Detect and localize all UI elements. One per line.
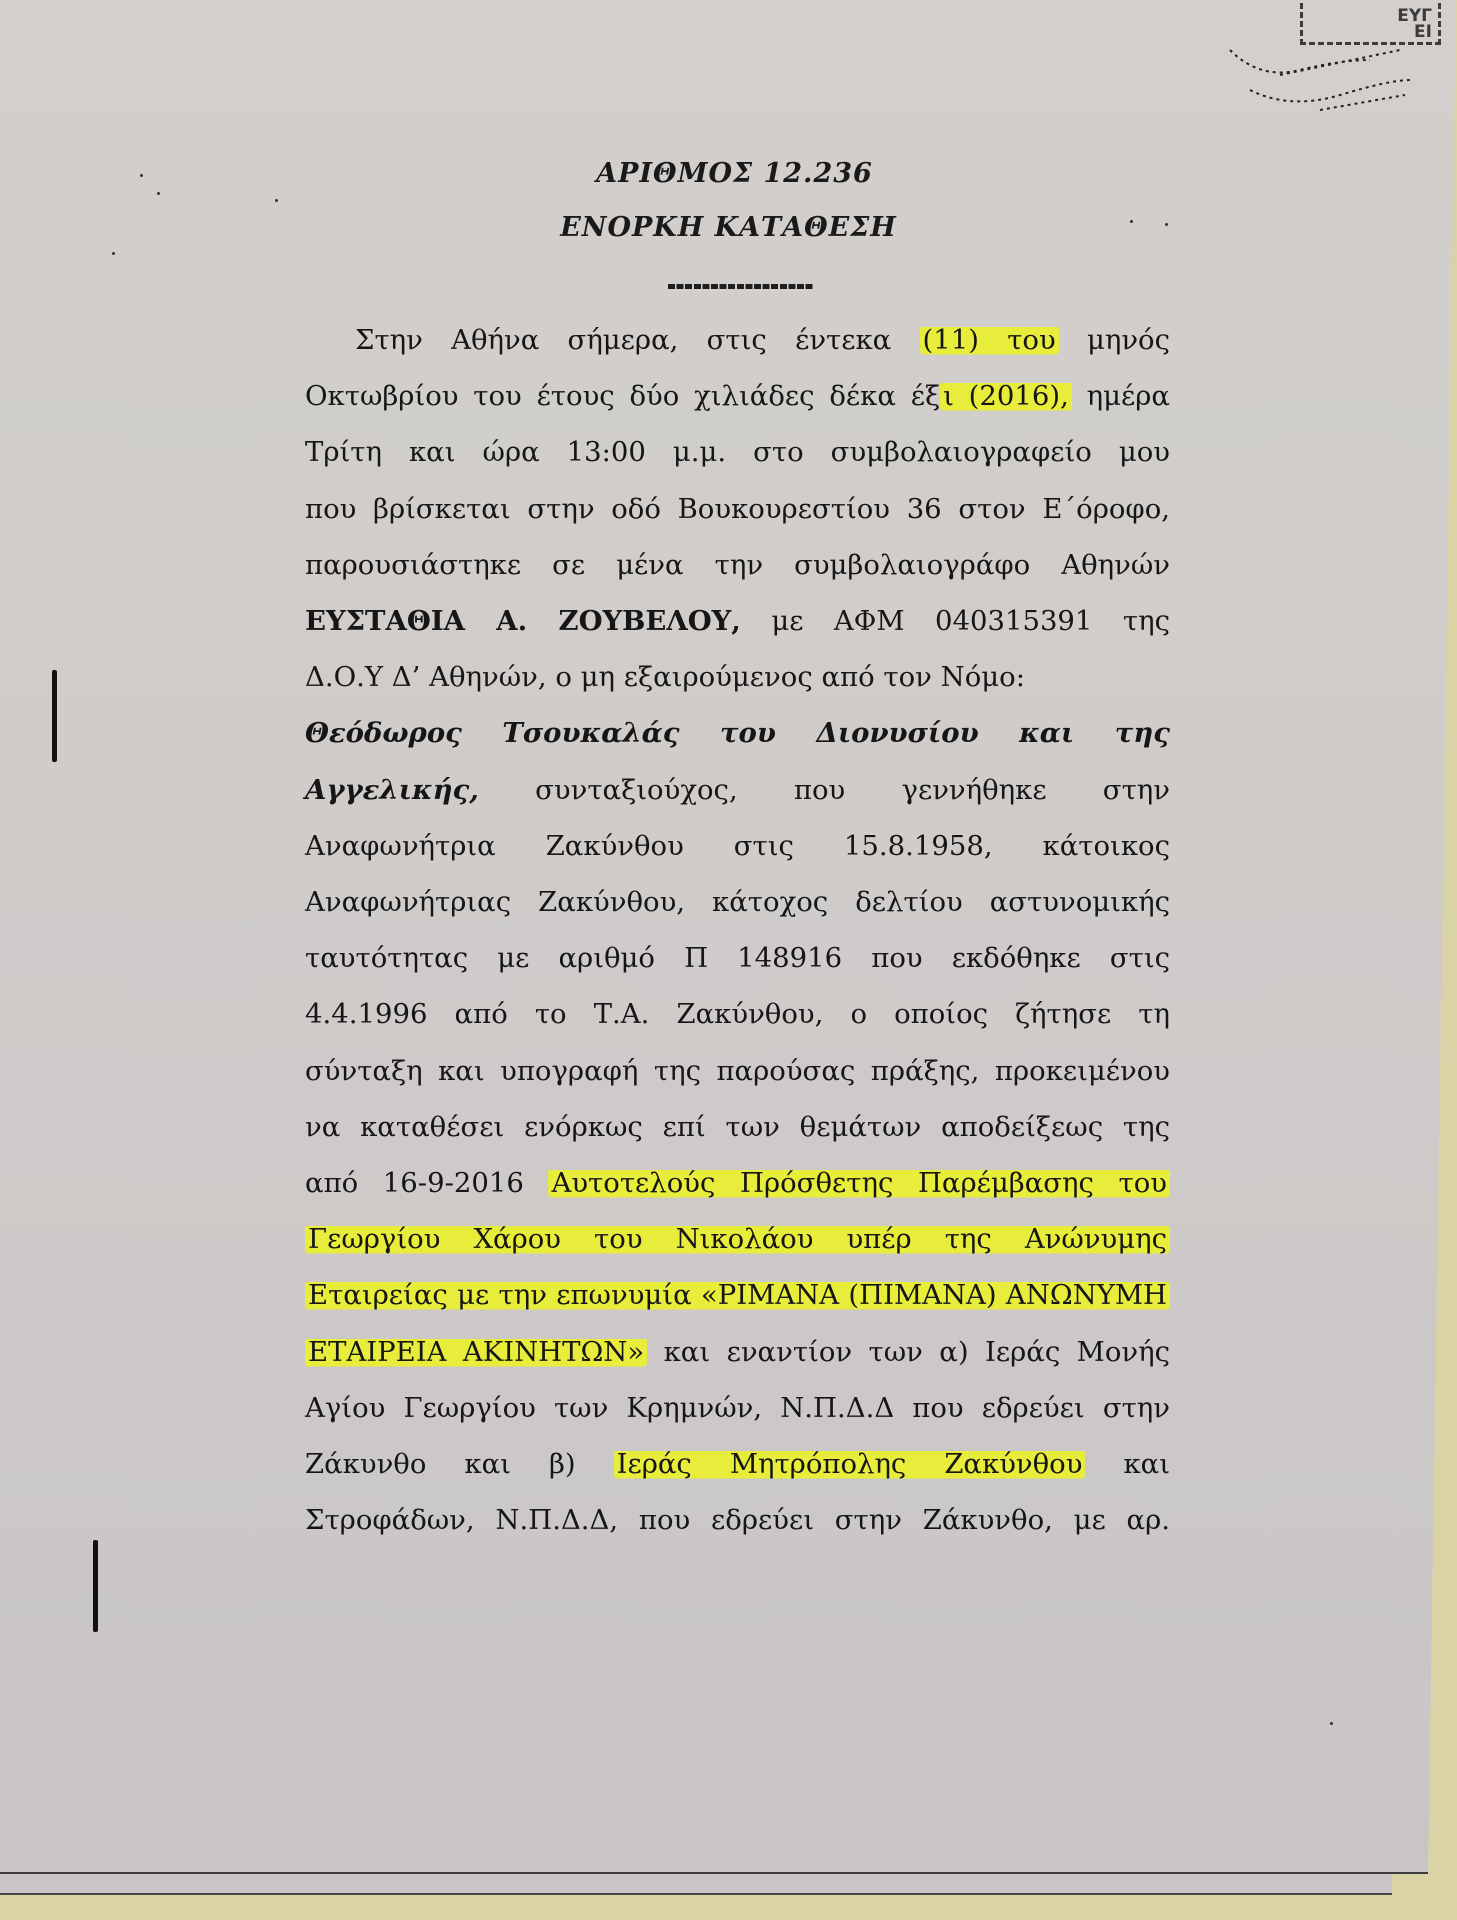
- speck: [1330, 1722, 1333, 1725]
- line-text: Στροφάδων, Ν.Π.Δ.Δ, που εδρεύει στην Ζάκ…: [305, 1504, 1170, 1536]
- highlighted-text: Ιεράς Μητρόπολης Ζακύνθου: [614, 1448, 1086, 1480]
- text-line: Αγγελικής, συνταξιούχος, που γεννήθηκε σ…: [305, 773, 1170, 807]
- line-text: συνταξιούχος, που γεννήθηκε στην: [479, 774, 1170, 806]
- speck: [1130, 220, 1133, 223]
- stamp-scribble-icon: [1220, 20, 1420, 120]
- line-text: Αγγελικής,: [305, 774, 479, 806]
- line-text: μηνός: [1059, 324, 1170, 356]
- margin-mark: [93, 1540, 98, 1632]
- text-line: Στην Αθήνα σήμερα, στις έντεκα (11) του …: [355, 323, 1170, 357]
- line-text: με ΑΦΜ 040315391 της: [741, 605, 1170, 637]
- text-line: σύνταξη και υπογραφή της παρούσας πράξης…: [305, 1054, 1170, 1088]
- text-line: 4.4.1996 από το Τ.Α. Ζακύνθου, ο οποίος …: [305, 997, 1170, 1031]
- text-line: Αναφωνήτριας Ζακύνθου, κάτοχος δελτίου α…: [305, 885, 1170, 919]
- text-line: παρουσιάστηκε σε μένα την συμβολαιογράφο…: [305, 548, 1170, 582]
- line-text: σύνταξη και υπογραφή της παρούσας πράξης…: [305, 1055, 1170, 1087]
- line-text: να καταθέσει ενόρκως επί των θεμάτων απο…: [305, 1111, 1170, 1143]
- text-line: Εταιρείας με την επωνυμία «ΡΙΜΑΝΑ (ΠΙΜΑΝ…: [305, 1278, 1170, 1312]
- text-line: που βρίσκεται στην οδό Βουκουρεστίου 36 …: [305, 492, 1170, 526]
- line-text: Αναφωνήτριας Ζακύνθου, κάτοχος δελτίου α…: [305, 886, 1170, 918]
- text-line: Στροφάδων, Ν.Π.Δ.Δ, που εδρεύει στην Ζάκ…: [305, 1503, 1170, 1537]
- speck: [112, 252, 115, 255]
- text-line: Οκτωβρίου του έτους δύο χιλιάδες δέκα έξ…: [305, 379, 1170, 413]
- line-text: Οκτωβρίου του έτους δύο χιλιάδες δέκα έξ: [305, 380, 940, 412]
- highlighted-text: Αυτοτελούς Πρόσθετης Παρέμβασης του: [548, 1167, 1170, 1199]
- deed-type-title: ΕΝΟΡΚΗ ΚΑΤΑΘΕΣΗ: [0, 212, 1457, 243]
- deed-number-title: ΑΡΙΘΜΟΣ 12.236: [0, 158, 1457, 189]
- text-line: Ζάκυνθο και β) Ιεράς Μητρόπολης Ζακύνθου…: [305, 1447, 1170, 1481]
- speck: [1165, 223, 1168, 226]
- text-line: να καταθέσει ενόρκως επί των θεμάτων απο…: [305, 1110, 1170, 1144]
- line-text: Αναφωνήτρια Ζακύνθου στις 15.8.1958, κάτ…: [305, 830, 1170, 862]
- line-text: Ζάκυνθο και β): [305, 1448, 614, 1480]
- text-line: ΕΤΑΙΡΕΙΑ ΑΚΙΝΗΤΩΝ» και εναντίον των α) Ι…: [305, 1335, 1170, 1369]
- line-text: 4.4.1996 από το Τ.Α. Ζακύνθου, ο οποίος …: [305, 998, 1170, 1030]
- line-text: και: [1085, 1448, 1170, 1480]
- text-line: Δ.Ο.Υ Δ’ Αθηνών, ο μη εξαιρούμενος από τ…: [305, 660, 1170, 694]
- speck: [157, 192, 160, 195]
- line-text: Θεόδωρος Τσουκαλάς του Διονυσίου και της: [305, 717, 1170, 749]
- highlighted-text: (11) του: [920, 324, 1059, 356]
- title-separator: [668, 284, 814, 289]
- text-line: ταυτότητας με αριθμό Π 148916 που εκδόθη…: [305, 941, 1170, 975]
- line-text: και εναντίον των α) Ιεράς Μονής: [647, 1336, 1170, 1368]
- line-text: Τρίτη και ώρα 13:00 μ.μ. στο συμβολαιογρ…: [305, 436, 1170, 468]
- speck: [275, 199, 278, 202]
- text-line: Αγίου Γεωργίου των Κρημνών, Ν.Π.Δ.Δ που …: [305, 1391, 1170, 1425]
- margin-mark: [52, 670, 57, 762]
- line-text: Δ.Ο.Υ Δ’ Αθηνών, ο μη εξαιρούμενος από τ…: [305, 661, 1025, 693]
- line-text: που βρίσκεται στην οδό Βουκουρεστίου 36 …: [305, 493, 1170, 525]
- highlighted-text: ι (2016),: [940, 380, 1072, 412]
- text-line: ΕΥΣΤΑΘΙΑ Α. ΖΟΥΒΕΛΟΥ, με ΑΦΜ 040315391 τ…: [305, 604, 1170, 638]
- document-page: ΕΥΓ ΕΙ ΑΡΙΘΜΟΣ 12.236 ΕΝΟΡΚΗ ΚΑΤΑΘΕΣΗ Στ…: [0, 0, 1456, 1874]
- line-text: ημέρα: [1072, 380, 1170, 412]
- text-line: Θεόδωρος Τσουκαλάς του Διονυσίου και της: [305, 716, 1170, 750]
- text-line: Γεωργίου Χάρου του Νικολάου υπέρ της Ανώ…: [305, 1222, 1170, 1256]
- text-line: Τρίτη και ώρα 13:00 μ.μ. στο συμβολαιογρ…: [305, 435, 1170, 469]
- highlighted-text: ΕΤΑΙΡΕΙΑ ΑΚΙΝΗΤΩΝ»: [305, 1336, 647, 1368]
- line-text: ΕΥΣΤΑΘΙΑ Α. ΖΟΥΒΕΛΟΥ,: [305, 605, 741, 637]
- line-text: Στην Αθήνα σήμερα, στις έντεκα: [355, 324, 920, 356]
- line-text: από 16-9-2016: [305, 1167, 548, 1199]
- text-line: από 16-9-2016 Αυτοτελούς Πρόσθετης Παρέμ…: [305, 1166, 1170, 1200]
- line-text: Αγίου Γεωργίου των Κρημνών, Ν.Π.Δ.Δ που …: [305, 1392, 1170, 1424]
- line-text: ταυτότητας με αριθμό Π 148916 που εκδόθη…: [305, 942, 1170, 974]
- line-text: παρουσιάστηκε σε μένα την συμβολαιογράφο…: [305, 549, 1170, 581]
- highlighted-text: Εταιρείας με την επωνυμία «ΡΙΜΑΝΑ (ΠΙΜΑΝ…: [305, 1279, 1170, 1311]
- speck: [140, 174, 143, 177]
- highlighted-text: Γεωργίου Χάρου του Νικολάου υπέρ της Ανώ…: [305, 1223, 1170, 1255]
- text-line: Αναφωνήτρια Ζακύνθου στις 15.8.1958, κάτ…: [305, 829, 1170, 863]
